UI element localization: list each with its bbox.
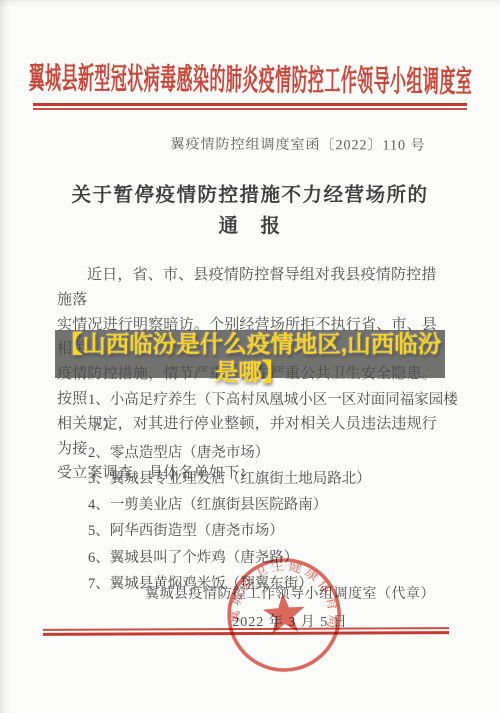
list-item: 5、阿华西街造型（唐尧市场） bbox=[88, 518, 468, 544]
letterhead-banner: 翼城县新型冠状病毒感染的肺炎疫情防控工作领导小组调度室 bbox=[30, 46, 470, 108]
divider-thick-line bbox=[33, 103, 467, 106]
list-item: 3、翼城县专业理发店（红旗街土地局路北） bbox=[88, 466, 468, 492]
seal-star-icon bbox=[262, 592, 306, 635]
document-title: 关于暂停疫情防控措施不力经营场所的 通 报 bbox=[0, 180, 500, 242]
scanned-document-page: 翼城县新型冠状病毒感染的肺炎疫情防控工作领导小组调度室 翼疫情防控组调度室函〔2… bbox=[0, 0, 500, 713]
official-seal-stamp: 翼城县卫生健康体育局 bbox=[220, 549, 348, 677]
issuing-org-title: 翼城县新型冠状病毒感染的肺炎疫情防控工作领导小组调度室 bbox=[28, 53, 472, 101]
body-line: 近日，省、市、县疫情防控督导组对我县疫情防控措施落 bbox=[57, 263, 449, 313]
divider-thin-line bbox=[33, 108, 467, 110]
document-title-line1: 关于暂停疫情防控措施不力经营场所的 bbox=[0, 180, 500, 211]
list-item: 2、零点造型店（唐尧市场） bbox=[88, 440, 468, 466]
list-item: 1、小高足疗养生（下高村凤凰城小区一区对面同福家园楼下） bbox=[88, 387, 468, 440]
list-item: 4、一剪美业店（红旗街县医院路南） bbox=[88, 492, 468, 518]
letterhead-divider bbox=[33, 103, 467, 110]
document-number: 翼疫情防控组调度室函〔2022〕110 号 bbox=[48, 133, 500, 156]
document-title-line2: 通 报 bbox=[0, 211, 500, 242]
seal-graphic: 翼城县卫生健康体育局 bbox=[220, 549, 348, 677]
overlay-caption: 【山西临汾是什么疫情地区,山西临汾是哪】 bbox=[50, 330, 450, 386]
